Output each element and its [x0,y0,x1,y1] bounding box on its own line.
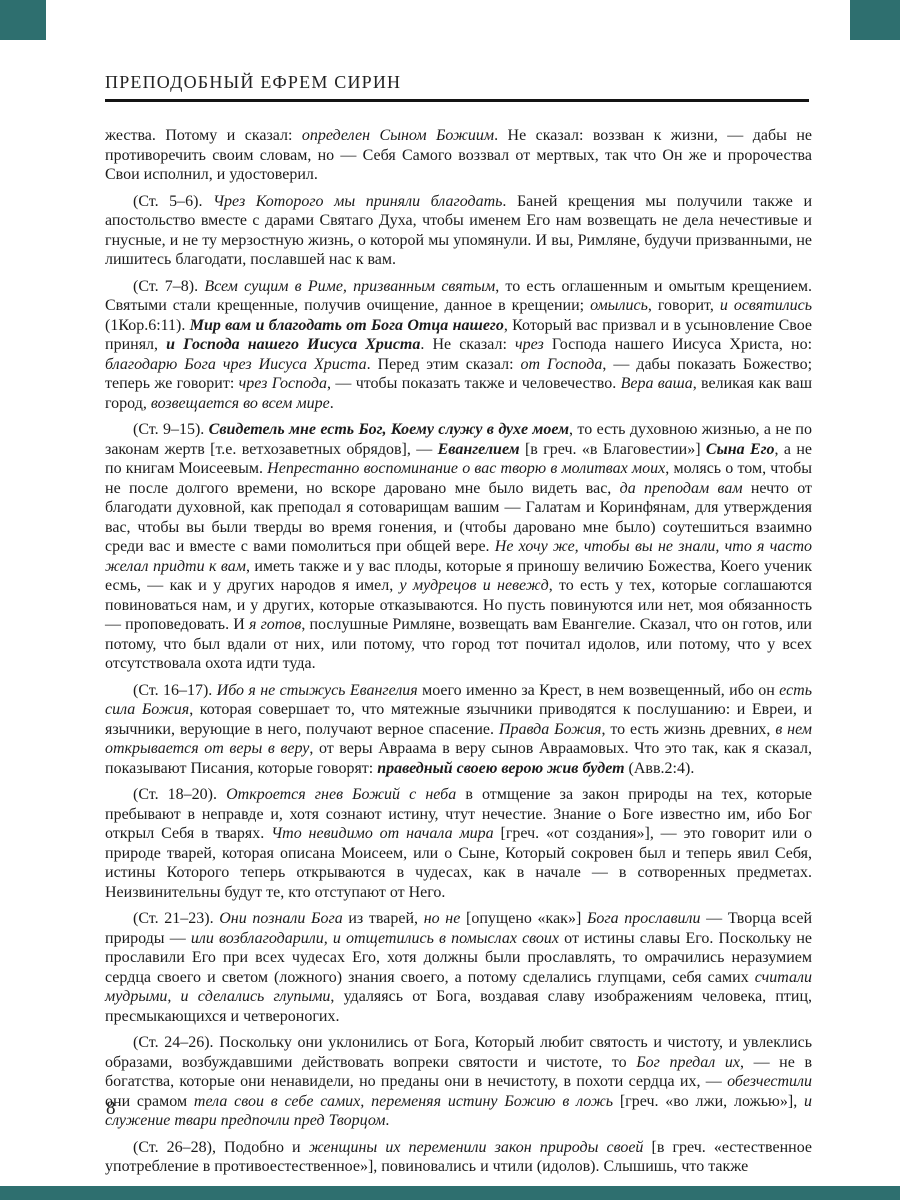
paragraph: (Ст. 26–28), Подобно и женщины их переме… [105,1138,812,1177]
page-content: ПРЕПОДОБНЫЙ ЕФРЕМ СИРИН жества. Потому и… [105,0,812,1184]
text-run: Что невидимо от начала мира [271,825,494,842]
page-bottom-bar [0,1186,900,1200]
text-run: (Ст. 9–15). [133,421,209,438]
text-run: да преподам вам [620,480,743,497]
text-run: Непрестанно воспоминание о вас творю в м… [267,460,665,477]
text-run: Свидетель мне есть Бог, Коему служу в ду… [209,421,569,438]
text-run: (Ст. 18–20). [133,786,226,803]
text-run: Бог предал их [636,1054,740,1071]
text-run: моего именно за Крест, в нем возвещенный… [418,682,779,699]
paragraph: (Ст. 9–15). Свидетель мне есть Бог, Коем… [105,420,812,674]
text-run: [греч. «во лжи, ложью»], [613,1093,804,1110]
page-title: ПРЕПОДОБНЫЙ ЕФРЕМ СИРИН [105,72,812,93]
text-run: тела свои в себе самих, переменяя истину… [194,1093,613,1110]
text-run: , — чтобы показать также и человечество. [327,375,621,392]
text-run: жества. Потому и сказал: [105,127,302,144]
text-run: (Ст. 21–23). [133,910,219,927]
text-run: (Ст. 5–6). [133,193,213,210]
text-run: и освятились [720,297,812,314]
text-run: (1Кор.6:11). [105,317,190,334]
text-run: у мудрецов и невежд [400,577,549,594]
text-run: Чрез Которого мы приняли благодать [213,193,502,210]
text-run: женщины их переменили закон природы свое… [309,1139,644,1156]
text-run: Вера ваша [621,375,693,392]
text-run: обезчестили [727,1073,812,1090]
page-corner-mark-right [850,0,900,40]
text-run: из тварей, [343,910,424,927]
page-number: 8 [106,1098,116,1120]
paragraph: жества. Потому и сказал: определен Сыном… [105,126,812,185]
text-run: Мир вам и благодать от Бога Отца нашего [190,317,504,334]
text-run: возвещается во всем мире [151,395,330,412]
page-header: ПРЕПОДОБНЫЙ ЕФРЕМ СИРИН [105,0,812,102]
text-run: Откроется гнев Божий с неба [226,786,456,803]
paragraph: (Ст. 24–26). Поскольку они уклонились от… [105,1033,812,1131]
text-run: праведный своею верою жив будет [377,760,624,777]
text-run: чрез [515,336,544,353]
text-run: от Господа [521,356,603,373]
text-run: Всем сущим в Риме, призванным святым [204,278,495,295]
text-run: (Авв.2:4). [625,760,695,777]
text-run: и Господа нашего Иисуса Христа [166,336,420,353]
text-run: . [330,395,334,412]
paragraph: (Ст. 21–23). Они познали Бога из тварей,… [105,909,812,1026]
text-run: Евангелием [438,441,520,458]
text-run: Бога прославили [587,910,701,927]
text-run: [в греч. «в Благовестии»] [520,441,706,458]
text-run: . Не сказал: [420,336,515,353]
text-run: омылись [590,297,648,314]
text-run: (Ст. 16–17). [133,682,217,699]
text-run: определен Сыном Божиим [302,127,494,144]
text-run: , говорит, [648,297,720,314]
paragraph: (Ст. 18–20). Откроется гнев Божий с неба… [105,785,812,902]
text-run: [опущено «как»] [460,910,587,927]
text-run: но не [424,910,461,927]
text-run: благодарю Бога чрез Иисуса Христа [105,356,367,373]
text-run: или возблагодарили, и отщетились в помыс… [191,930,559,947]
text-run: Они познали Бога [219,910,342,927]
text-run: . Перед этим сказал: [367,356,521,373]
text-run: (Ст. 7–8). [133,278,204,295]
paragraph: (Ст. 7–8). Всем сущим в Риме, призванным… [105,277,812,414]
text-run: Господа нашего Иисуса Христа, но: [544,336,812,353]
page-corner-mark-left [0,0,46,40]
text-run: чрез Господа [239,375,327,392]
text-run: , то есть жизнь древних, [601,721,775,738]
text-body: жества. Потому и сказал: определен Сыном… [105,126,812,1177]
text-run: (Ст. 26–28), Подобно и [133,1139,309,1156]
text-run: . [385,1112,389,1129]
text-run: они срамом [105,1093,194,1110]
header-rule [105,99,809,102]
text-run: Правда Божия [499,721,602,738]
text-run: я готов [249,616,301,633]
text-run: Ибо я не стыжусь Евангелия [217,682,418,699]
paragraph: (Ст. 16–17). Ибо я не стыжусь Евангелия … [105,681,812,779]
paragraph: (Ст. 5–6). Чрез Которого мы приняли благ… [105,192,812,270]
book-page: { "theme": { "accent_color": "#2e6f6f", … [0,0,900,1200]
text-run: Сына Его [706,441,775,458]
